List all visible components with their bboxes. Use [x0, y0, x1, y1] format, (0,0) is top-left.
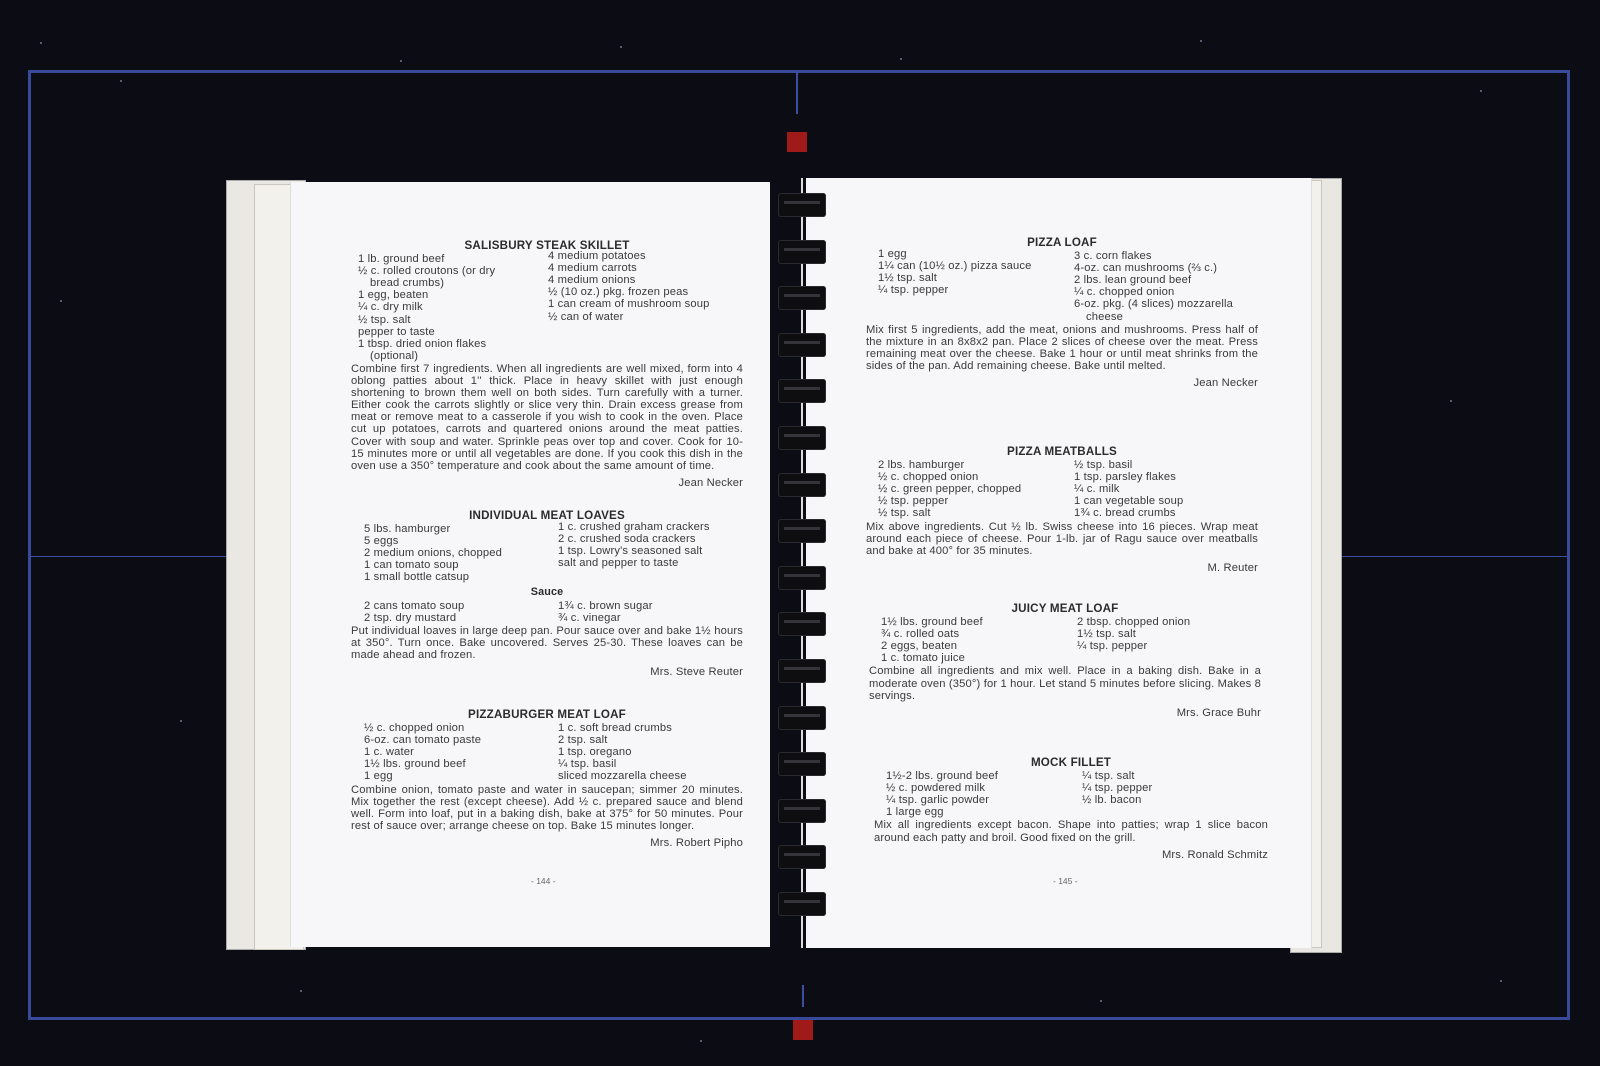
- ingredient: 5 lbs. hamburger: [364, 523, 558, 535]
- dust-speck: [620, 46, 622, 48]
- dust-speck: [700, 1040, 702, 1042]
- recipe-title: PIZZABURGER MEAT LOAF: [351, 709, 743, 721]
- binding-ring: [778, 566, 826, 590]
- ingredient: 1 tbsp. dried onion flakes: [358, 338, 548, 350]
- ingredient: 1 lb. ground beef: [358, 253, 548, 265]
- ingredient: ½ c. powdered milk: [886, 782, 1082, 794]
- ingredient: ½ c. green pepper, chopped: [878, 483, 1074, 495]
- dust-speck: [1200, 40, 1202, 42]
- dust-speck: [1100, 1000, 1102, 1002]
- recipe-pizza-meatballs: PIZZA MEATBALLS 2 lbs. hamburger ½ c. ch…: [866, 446, 1258, 574]
- ingredient: 2 medium onions, chopped: [364, 547, 558, 559]
- recipe-pizzaburger-meat-loaf: PIZZABURGER MEAT LOAF ½ c. chopped onion…: [351, 709, 743, 849]
- ingredient: 4-oz. can mushrooms (⅔ c.): [1074, 262, 1258, 274]
- binding-ring: [778, 612, 826, 636]
- ingredient: ½ c. chopped onion: [364, 722, 558, 734]
- ingredient: ½ tsp. pepper: [878, 495, 1074, 507]
- ingredients: 1 lb. ground beef ½ c. rolled croutons (…: [351, 253, 743, 362]
- binding-ring: [778, 426, 826, 450]
- mid-line-right: [1330, 556, 1568, 557]
- recipe-method: Combine all ingredients and mix well. Pl…: [869, 665, 1261, 701]
- ingredient: 2 lbs. lean ground beef: [1074, 274, 1258, 286]
- ingredient: 1¼ can (10½ oz.) pizza sauce: [878, 260, 1074, 272]
- ingredient: ¼ tsp. pepper: [1082, 782, 1268, 794]
- ingredients: 1½-2 lbs. ground beef ½ c. powdered milk…: [874, 770, 1268, 818]
- ingredient: 1 egg: [878, 248, 1074, 260]
- recipe-title: JUICY MEAT LOAF: [869, 603, 1261, 615]
- ingredient: ½ (10 oz.) pkg. frozen peas: [548, 286, 743, 298]
- ingredients: 1½ lbs. ground beef ¾ c. rolled oats 2 e…: [869, 616, 1261, 664]
- recipe-salisbury-steak-skillet: SALISBURY STEAK SKILLET 1 lb. ground bee…: [351, 240, 743, 489]
- registration-marker-bottom: [793, 1020, 813, 1040]
- binding-ring: [778, 379, 826, 403]
- dust-speck: [1450, 400, 1452, 402]
- recipe-author: Mrs. Steve Reuter: [351, 666, 743, 678]
- ingredient: bread crumbs): [358, 277, 548, 289]
- recipe-juicy-meat-loaf: JUICY MEAT LOAF 1½ lbs. ground beef ¾ c.…: [869, 603, 1261, 719]
- recipe-method: Combine onion, tomato paste and water in…: [351, 784, 743, 832]
- binding-ring: [778, 473, 826, 497]
- ingredient: 3 c. corn flakes: [1074, 250, 1258, 262]
- ingredient: ½ tsp. basil: [1074, 459, 1258, 471]
- ingredient: ¼ c. dry milk: [358, 301, 548, 313]
- recipe-method: Put individual loaves in large deep pan.…: [351, 625, 743, 661]
- center-line-top: [796, 72, 798, 114]
- dust-speck: [300, 990, 302, 992]
- ingredient: 1 tsp. oregano: [558, 746, 743, 758]
- binding-ring: [778, 333, 826, 357]
- recipe-method: Mix all ingredients except bacon. Shape …: [874, 819, 1268, 843]
- ingredient: 1½ tsp. salt: [1077, 628, 1261, 640]
- ingredient: 4 medium carrots: [548, 262, 743, 274]
- registration-marker-top: [787, 132, 807, 152]
- dust-speck: [180, 720, 182, 722]
- ingredient: 2 cans tomato soup: [364, 600, 558, 612]
- ingredient: 6-oz. can tomato paste: [364, 734, 558, 746]
- ingredient: ¼ c. chopped onion: [1074, 286, 1258, 298]
- left-page: SALISBURY STEAK SKILLET 1 lb. ground bee…: [290, 182, 770, 947]
- page-number: - 144 -: [531, 876, 556, 886]
- ingredient: ¼ tsp. garlic powder: [886, 794, 1082, 806]
- dust-speck: [900, 58, 902, 60]
- ingredient: 2 tsp. salt: [558, 734, 743, 746]
- ingredient: 1 tsp. parsley flakes: [1074, 471, 1258, 483]
- binding-ring: [778, 286, 826, 310]
- ingredient: 4 medium onions: [548, 274, 743, 286]
- ingredient: (optional): [358, 350, 548, 362]
- ingredient: 1 tsp. Lowry's seasoned salt: [558, 545, 743, 557]
- recipe-author: Jean Necker: [866, 377, 1258, 389]
- ingredient: sliced mozzarella cheese: [558, 770, 743, 782]
- binding-ring: [778, 845, 826, 869]
- right-page: PIZZA LOAF 1 egg 1¼ can (10½ oz.) pizza …: [806, 178, 1312, 948]
- ingredient: 4 medium potatoes: [548, 250, 743, 262]
- ingredient: 1 small bottle catsup: [364, 571, 558, 583]
- ingredient: 1¾ c. bread crumbs: [1074, 507, 1258, 519]
- recipe-author: Mrs. Grace Buhr: [869, 707, 1261, 719]
- ingredients: ½ c. chopped onion 6-oz. can tomato past…: [351, 722, 743, 782]
- dust-speck: [120, 80, 122, 82]
- ingredient: 1 c. soft bread crumbs: [558, 722, 743, 734]
- ingredient: ½ tsp. salt: [878, 507, 1074, 519]
- recipe-mock-fillet: MOCK FILLET 1½-2 lbs. ground beef ½ c. p…: [874, 757, 1268, 861]
- binding-ring: [778, 240, 826, 264]
- sauce-ingredients: 2 cans tomato soup 2 tsp. dry mustard 1¾…: [351, 600, 743, 624]
- sauce-subheading: Sauce: [351, 586, 743, 598]
- page-number: - 145 -: [1053, 876, 1078, 886]
- recipe-author: M. Reuter: [866, 562, 1258, 574]
- dust-speck: [60, 300, 62, 302]
- ingredient: ½ lb. bacon: [1082, 794, 1268, 806]
- recipe-author: Jean Necker: [351, 477, 743, 489]
- ingredient: 1½-2 lbs. ground beef: [886, 770, 1082, 782]
- ingredient: ¾ c. rolled oats: [881, 628, 1077, 640]
- ingredient: 1¾ c. brown sugar: [558, 600, 743, 612]
- ingredient: pepper to taste: [358, 326, 548, 338]
- ingredient: ¾ c. vinegar: [558, 612, 743, 624]
- ingredient: ¼ tsp. pepper: [878, 284, 1074, 296]
- binding-ring: [778, 659, 826, 683]
- recipe-pizza-loaf: PIZZA LOAF 1 egg 1¼ can (10½ oz.) pizza …: [866, 237, 1258, 389]
- binding-ring: [778, 752, 826, 776]
- binding-ring: [778, 519, 826, 543]
- ingredient: 1 can tomato soup: [364, 559, 558, 571]
- ingredient: ¼ tsp. basil: [558, 758, 743, 770]
- ingredient: ¼ c. milk: [1074, 483, 1258, 495]
- dust-speck: [400, 60, 402, 62]
- recipe-method: Combine first 7 ingredients. When all in…: [351, 363, 743, 472]
- ingredient: ¼ tsp. salt: [1082, 770, 1268, 782]
- ingredients: 1 egg 1¼ can (10½ oz.) pizza sauce 1½ ts…: [866, 250, 1258, 323]
- dust-speck: [40, 42, 42, 44]
- recipe-individual-meat-loaves: INDIVIDUAL MEAT LOAVES 5 lbs. hamburger …: [351, 510, 743, 678]
- ingredient: 1½ tsp. salt: [878, 272, 1074, 284]
- ingredient: ½ c. rolled croutons (or dry: [358, 265, 548, 277]
- binding-ring: [778, 892, 826, 916]
- binding-ring: [778, 799, 826, 823]
- ingredient: 2 eggs, beaten: [881, 640, 1077, 652]
- recipe-title: MOCK FILLET: [874, 757, 1268, 769]
- dust-speck: [1500, 980, 1502, 982]
- ingredient: 6-oz. pkg. (4 slices) mozzarella: [1074, 298, 1258, 310]
- recipe-method: Mix above ingredients. Cut ½ lb. Swiss c…: [866, 521, 1258, 557]
- ingredient: 1 c. water: [364, 746, 558, 758]
- ingredients: 2 lbs. hamburger ½ c. chopped onion ½ c.…: [866, 459, 1258, 519]
- ingredient: salt and pepper to taste: [558, 557, 743, 569]
- ingredient: 1 egg, beaten: [358, 289, 548, 301]
- ingredient: 1 can cream of mushroom soup: [548, 298, 743, 310]
- ingredient: 1 egg: [364, 770, 558, 782]
- ingredient: 1 large egg: [886, 806, 1082, 818]
- ingredient: cheese: [1074, 311, 1258, 323]
- ingredient: 1½ lbs. ground beef: [881, 616, 1077, 628]
- dust-speck: [1480, 90, 1482, 92]
- ingredient: ½ c. chopped onion: [878, 471, 1074, 483]
- binding-ring: [778, 706, 826, 730]
- recipe-title: PIZZA MEATBALLS: [866, 446, 1258, 458]
- ingredients: 5 lbs. hamburger 5 eggs 2 medium onions,…: [351, 523, 743, 583]
- ingredient: 5 eggs: [364, 535, 558, 547]
- ingredient: ¼ tsp. pepper: [1077, 640, 1261, 652]
- ingredient: 2 tsp. dry mustard: [364, 612, 558, 624]
- recipe-author: Mrs. Ronald Schmitz: [874, 849, 1268, 861]
- ingredient: ½ can of water: [548, 311, 743, 323]
- ingredient: ½ tsp. salt: [358, 314, 548, 326]
- ingredient: 2 lbs. hamburger: [878, 459, 1074, 471]
- binding-ring: [778, 193, 826, 217]
- ingredient: 1 c. tomato juice: [881, 652, 1077, 664]
- center-line-bottom: [802, 985, 804, 1007]
- recipe-method: Mix first 5 ingredients, add the meat, o…: [866, 324, 1258, 372]
- ingredient: 1½ lbs. ground beef: [364, 758, 558, 770]
- ingredient: 2 c. crushed soda crackers: [558, 533, 743, 545]
- ingredient: 1 c. crushed graham crackers: [558, 521, 743, 533]
- ingredient: 1 can vegetable soup: [1074, 495, 1258, 507]
- ingredient: 2 tbsp. chopped onion: [1077, 616, 1261, 628]
- recipe-author: Mrs. Robert Pipho: [351, 837, 743, 849]
